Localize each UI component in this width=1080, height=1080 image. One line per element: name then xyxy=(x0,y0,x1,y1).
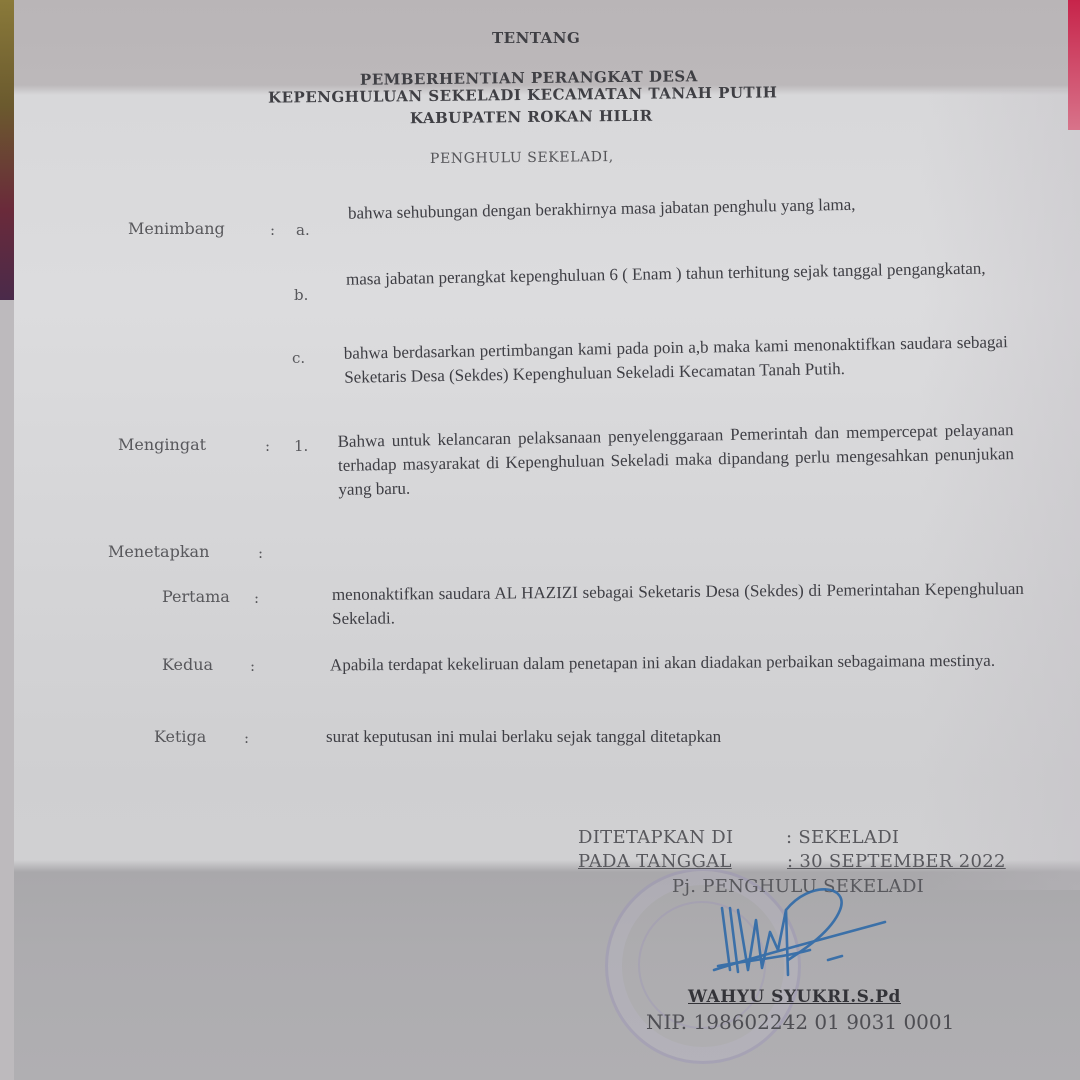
pertama-text: menonaktifkan saudara AL HAZIZI sebagai … xyxy=(332,577,1024,631)
signer-name: WAHYU SYUKRI.S.Pd xyxy=(688,987,901,1007)
item-marker: b. xyxy=(294,286,308,304)
mengingat-item-1: Bahwa untuk kelancaran pelaksanaan penye… xyxy=(337,418,1014,502)
place-label: DITETAPKAN DI xyxy=(578,827,733,848)
mengingat-separator: : xyxy=(265,437,270,455)
item-marker: 1. xyxy=(294,437,308,455)
heading-tentang: TENTANG xyxy=(492,29,580,47)
handwritten-signature xyxy=(700,880,900,990)
mengingat-label: Mengingat xyxy=(118,435,206,454)
menetapkan-separator: : xyxy=(258,544,263,562)
item-marker: c. xyxy=(292,349,305,367)
ketiga-separator: : xyxy=(244,729,249,747)
menimbang-separator: : xyxy=(270,221,275,239)
ketiga-label: Ketiga xyxy=(154,727,206,746)
ketiga-text: surat keputusan ini mulai berlaku sejak … xyxy=(326,727,721,747)
date-label: PADA TANGGAL xyxy=(578,851,732,872)
item-marker: a. xyxy=(296,221,310,239)
menimbang-label: Menimbang xyxy=(128,219,225,238)
background-surface-right xyxy=(1068,0,1080,130)
signer-nip: NIP. 198602242 01 9031 0001 xyxy=(646,1010,954,1034)
kedua-label: Kedua xyxy=(162,655,213,674)
pertama-label: Pertama xyxy=(162,587,230,606)
menetapkan-label: Menetapkan xyxy=(108,542,209,561)
title-line-3: KABUPATEN ROKAN HILIR xyxy=(410,107,653,128)
kedua-text: Apabila terdapat kekeliruan dalam peneta… xyxy=(330,649,1030,678)
date-value: : 30 SEPTEMBER 2022 xyxy=(745,851,1006,872)
place-value: : SEKELADI xyxy=(786,827,899,848)
authority-line: PENGHULU SEKELADI, xyxy=(430,149,614,167)
kedua-separator: : xyxy=(250,657,255,675)
pertama-separator: : xyxy=(254,589,259,607)
